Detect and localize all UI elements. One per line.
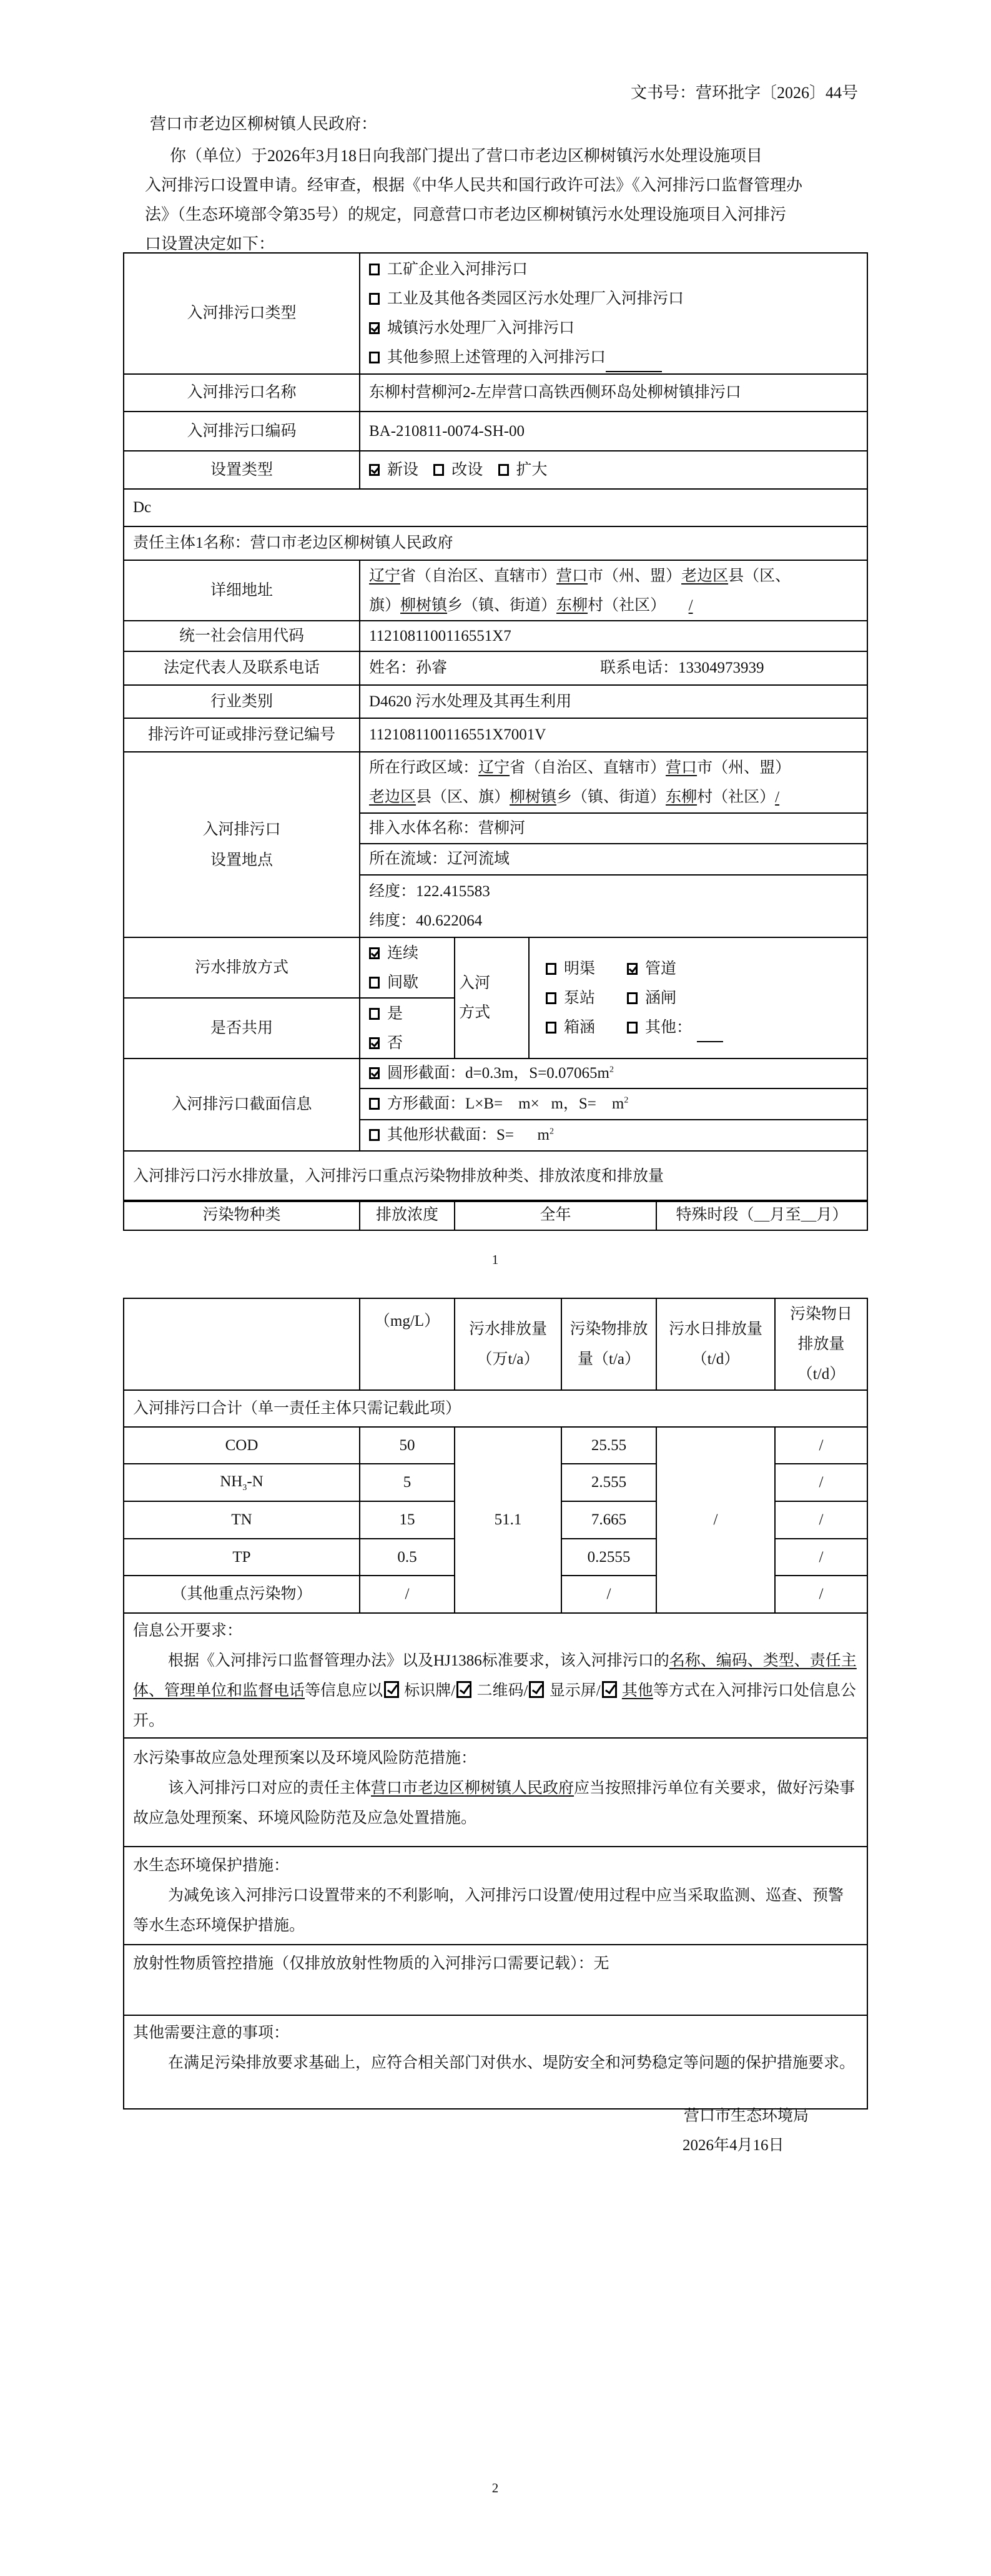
page-number: 2: [483, 2480, 508, 2496]
checkbox-icon[interactable]: [627, 992, 638, 1004]
col-pollutant-type: 污染物种类: [124, 1200, 360, 1230]
coordinates: 经度：122.415583 纬度：40.622064: [360, 875, 867, 937]
option-open-channel[interactable]: 明渠: [546, 954, 627, 984]
checkbox-checked-icon[interactable]: [627, 963, 638, 975]
longitude: 经度：122.415583: [369, 883, 490, 900]
location-admin-region: 所在行政区域：辽宁省（自治区、直辖市）营口市（州、盟） 老边区县（区、旗）柳树镇…: [360, 752, 867, 813]
checkbox-checked-icon[interactable]: [529, 1681, 544, 1698]
checkbox-checked-icon[interactable]: [602, 1681, 617, 1698]
outlet-type-label: 入河排污口类型: [124, 253, 360, 374]
location-label: 入河排污口设置地点: [124, 752, 360, 937]
setup-type-options: 新设 改设 扩大: [360, 451, 867, 489]
pollutant-header-page1: 污染物种类 排放浓度 全年 特殊时段（＿月至＿月）: [123, 1200, 868, 1231]
outlet-code-label: 入河排污口编码: [124, 412, 360, 451]
checkbox-checked-icon[interactable]: [456, 1681, 471, 1698]
water-body: 排入水体名称：营柳河: [360, 813, 867, 844]
checkbox-icon[interactable]: [369, 352, 380, 363]
checkbox-icon[interactable]: [433, 464, 444, 476]
option-expand[interactable]: 扩大: [498, 461, 548, 478]
intro-line: 你（单位）于2026年3月18日向我部门提出了营口市老边区柳树镇污水处理设施项目: [145, 141, 868, 170]
signature-org: 营口市生态环境局: [684, 2103, 809, 2126]
option-pump-station[interactable]: 泵站: [546, 984, 627, 1013]
page-number: 1: [483, 1252, 508, 1268]
checkbox-icon[interactable]: [546, 1022, 556, 1034]
basin: 所在流域：辽河流域: [360, 844, 867, 875]
option-continuous[interactable]: 连续: [369, 939, 445, 968]
option-industrial-park[interactable]: 工业及其他各类园区污水处理厂入河排污口: [369, 284, 858, 313]
signature-date: 2026年4月16日: [683, 2133, 784, 2155]
header-pollutant-annual: 污染物排放量（t/a）: [561, 1298, 656, 1390]
legal-rep-phone: 联系电话：13304973939: [600, 659, 764, 676]
shared-options: 是 否: [360, 998, 455, 1059]
option-box-culvert[interactable]: 箱涵: [546, 1013, 627, 1042]
table-row: COD 50 51.1 25.55 / /: [124, 1427, 867, 1464]
decision-table-page1: 入河排污口类型 工矿企业入河排污口 工业及其他各类园区污水处理厂入河排污口 城镇…: [123, 252, 868, 1202]
intro-line: 入河排污口设置申请。经审查，根据《中华人民共和国行政许可法》《入河排污口监督管理…: [145, 170, 868, 200]
option-yes[interactable]: 是: [369, 999, 445, 1029]
header-unit: （mg/L）: [360, 1298, 455, 1390]
outlet-name-label: 入河排污口名称: [124, 374, 360, 412]
ecology-measures: 水生态环境保护措施： 为减免该入河排污口设置带来的不利影响，入河排污口设置/使用…: [124, 1847, 867, 1945]
header-wastewater-daily: 污水日排放量（t/d）: [656, 1298, 775, 1390]
entry-mode-options: 明渠管道 泵站涵闸 箱涵其他：: [529, 937, 867, 1059]
credit-code-label: 统一社会信用代码: [124, 621, 360, 651]
option-other-section[interactable]: 其他形状截面：S= m2: [360, 1120, 867, 1151]
option-modify[interactable]: 改设: [433, 461, 483, 478]
blank-line: [697, 1026, 723, 1042]
checkbox-checked-icon[interactable]: [369, 947, 380, 959]
info-disclosure: 信息公开要求： 根据《入河排污口监督管理办法》以及HJ1386标准要求，该入河排…: [124, 1613, 867, 1738]
address-label: 详细地址: [124, 560, 360, 621]
option-circular-section[interactable]: 圆形截面：d=0.3m，S=0.07065m2: [360, 1059, 867, 1088]
option-other[interactable]: 其他参照上述管理的入河排污口: [369, 343, 858, 372]
option-intermittent[interactable]: 间歇: [369, 968, 445, 997]
addressee: 营口市老边区柳树镇人民政府：: [150, 111, 377, 134]
outlet-type-options: 工矿企业入河排污口 工业及其他各类园区污水处理厂入河排污口 城镇污水处理厂入河排…: [360, 253, 867, 374]
wastewater-annual-value: 51.1: [455, 1427, 561, 1613]
credit-code-value: 1121081100116551X7: [360, 621, 867, 651]
intro-line: 法》（生态环境部令第35号）的规定，同意营口市老边区柳树镇污水处理设施项目入河排…: [145, 200, 868, 229]
checkbox-icon[interactable]: [369, 1098, 380, 1110]
option-pipe[interactable]: 管道: [627, 960, 676, 977]
address-value: 辽宁省（自治区、直辖市）营口市（州、盟）老边区县（区、 旗）柳树镇乡（镇、街道）…: [360, 560, 867, 621]
industry-label: 行业类别: [124, 685, 360, 718]
outlet-code-value: BA-210811-0074-SH-00: [360, 412, 867, 451]
checkbox-icon[interactable]: [369, 977, 380, 989]
checkbox-icon[interactable]: [546, 992, 556, 1004]
header-empty: [124, 1298, 360, 1390]
checkbox-checked-icon[interactable]: [369, 1067, 380, 1079]
checkbox-checked-icon[interactable]: [384, 1681, 399, 1698]
permit-value: 1121081100116551X7001V: [360, 718, 867, 752]
checkbox-icon[interactable]: [369, 264, 380, 275]
header-pollutant-daily: 污染物日排放量（t/d）: [775, 1298, 867, 1390]
pollutant-table: （mg/L） 污水排放量（万t/a） 污染物排放量（t/a） 污水日排放量（t/…: [123, 1298, 868, 2110]
option-no[interactable]: 否: [369, 1029, 445, 1058]
cross-section-label: 入河排污口截面信息: [124, 1059, 360, 1151]
checkbox-icon[interactable]: [498, 464, 509, 476]
col-concentration: 排放浓度: [360, 1200, 455, 1230]
option-square-section[interactable]: 方形截面：L×B= m× m，S= m2: [360, 1088, 867, 1120]
option-new[interactable]: 新设: [369, 461, 418, 478]
option-urban-wwtp[interactable]: 城镇污水处理厂入河排污口: [369, 313, 858, 343]
setup-type-label: 设置类型: [124, 451, 360, 489]
checkbox-checked-icon[interactable]: [369, 464, 380, 476]
wastewater-daily-value: /: [656, 1427, 775, 1613]
document-number: 文书号：营环批字〔2026〕44号: [631, 80, 858, 103]
radioactive-measures: 放射性物质管控措施（仅排放放射性物质的入河排污口需要记载）：无: [124, 1945, 867, 2015]
outlet-name-value: 东柳村营柳河2-左岸营口高铁西侧环岛处柳树镇排污口: [360, 374, 867, 412]
checkbox-checked-icon[interactable]: [369, 322, 380, 334]
industry-value: D4620 污水处理及其再生利用: [360, 685, 867, 718]
total-label: 入河排污口合计（单一责任主体只需记载此项）: [124, 1390, 867, 1427]
option-industrial-mining[interactable]: 工矿企业入河排污口: [369, 255, 858, 284]
checkbox-icon[interactable]: [369, 1008, 380, 1020]
header-wastewater-annual: 污水排放量（万t/a）: [455, 1298, 561, 1390]
permit-label: 排污许可证或排污登记编号: [124, 718, 360, 752]
blank-line: [606, 356, 662, 372]
row-outlet-type: 入河排污口类型 工矿企业入河排污口 工业及其他各类园区污水处理厂入河排污口 城镇…: [124, 253, 867, 374]
emergency-measures: 水污染事故应急处理预案以及环境风险防范措施： 该入河排污口对应的责任主体营口市老…: [124, 1738, 867, 1847]
checkbox-icon[interactable]: [627, 1022, 638, 1034]
checkbox-icon[interactable]: [546, 963, 556, 975]
checkbox-checked-icon[interactable]: [369, 1037, 380, 1049]
legal-rep-value: 姓名：孙睿联系电话：13304973939: [360, 651, 867, 685]
checkbox-icon[interactable]: [369, 1129, 380, 1141]
responsible-subject: 责任主体1名称：营口市老边区柳树镇人民政府: [124, 526, 867, 560]
other-notes: 其他需要注意的事项： 在满足污染排放要求基础上，应符合相关部门对供水、堤防安全和…: [124, 2015, 867, 2109]
checkbox-icon[interactable]: [369, 293, 380, 305]
col-special-period: 特殊时段（＿月至＿月）: [656, 1200, 867, 1230]
option-culvert-gate[interactable]: 涵闸: [627, 990, 676, 1007]
entry-mode-label: 入河方式: [455, 937, 529, 1059]
dc-row: Dc: [124, 489, 867, 526]
shared-label: 是否共用: [124, 998, 360, 1059]
col-annual: 全年: [455, 1200, 656, 1230]
discharge-mode-options: 连续 间歇: [360, 937, 455, 998]
intro-paragraph: 你（单位）于2026年3月18日向我部门提出了营口市老边区柳树镇污水处理设施项目…: [145, 141, 868, 259]
discharge-mode-label: 污水排放方式: [124, 937, 360, 998]
latitude: 纬度：40.622064: [369, 912, 482, 929]
emission-title: 入河排污口污水排放量，入河排污口重点污染物排放种类、排放浓度和排放量: [124, 1151, 867, 1202]
legal-rep-name: 姓名：孙睿: [369, 658, 600, 678]
option-other-entry[interactable]: 其他：: [627, 1019, 723, 1036]
legal-rep-label: 法定代表人及联系电话: [124, 651, 360, 685]
